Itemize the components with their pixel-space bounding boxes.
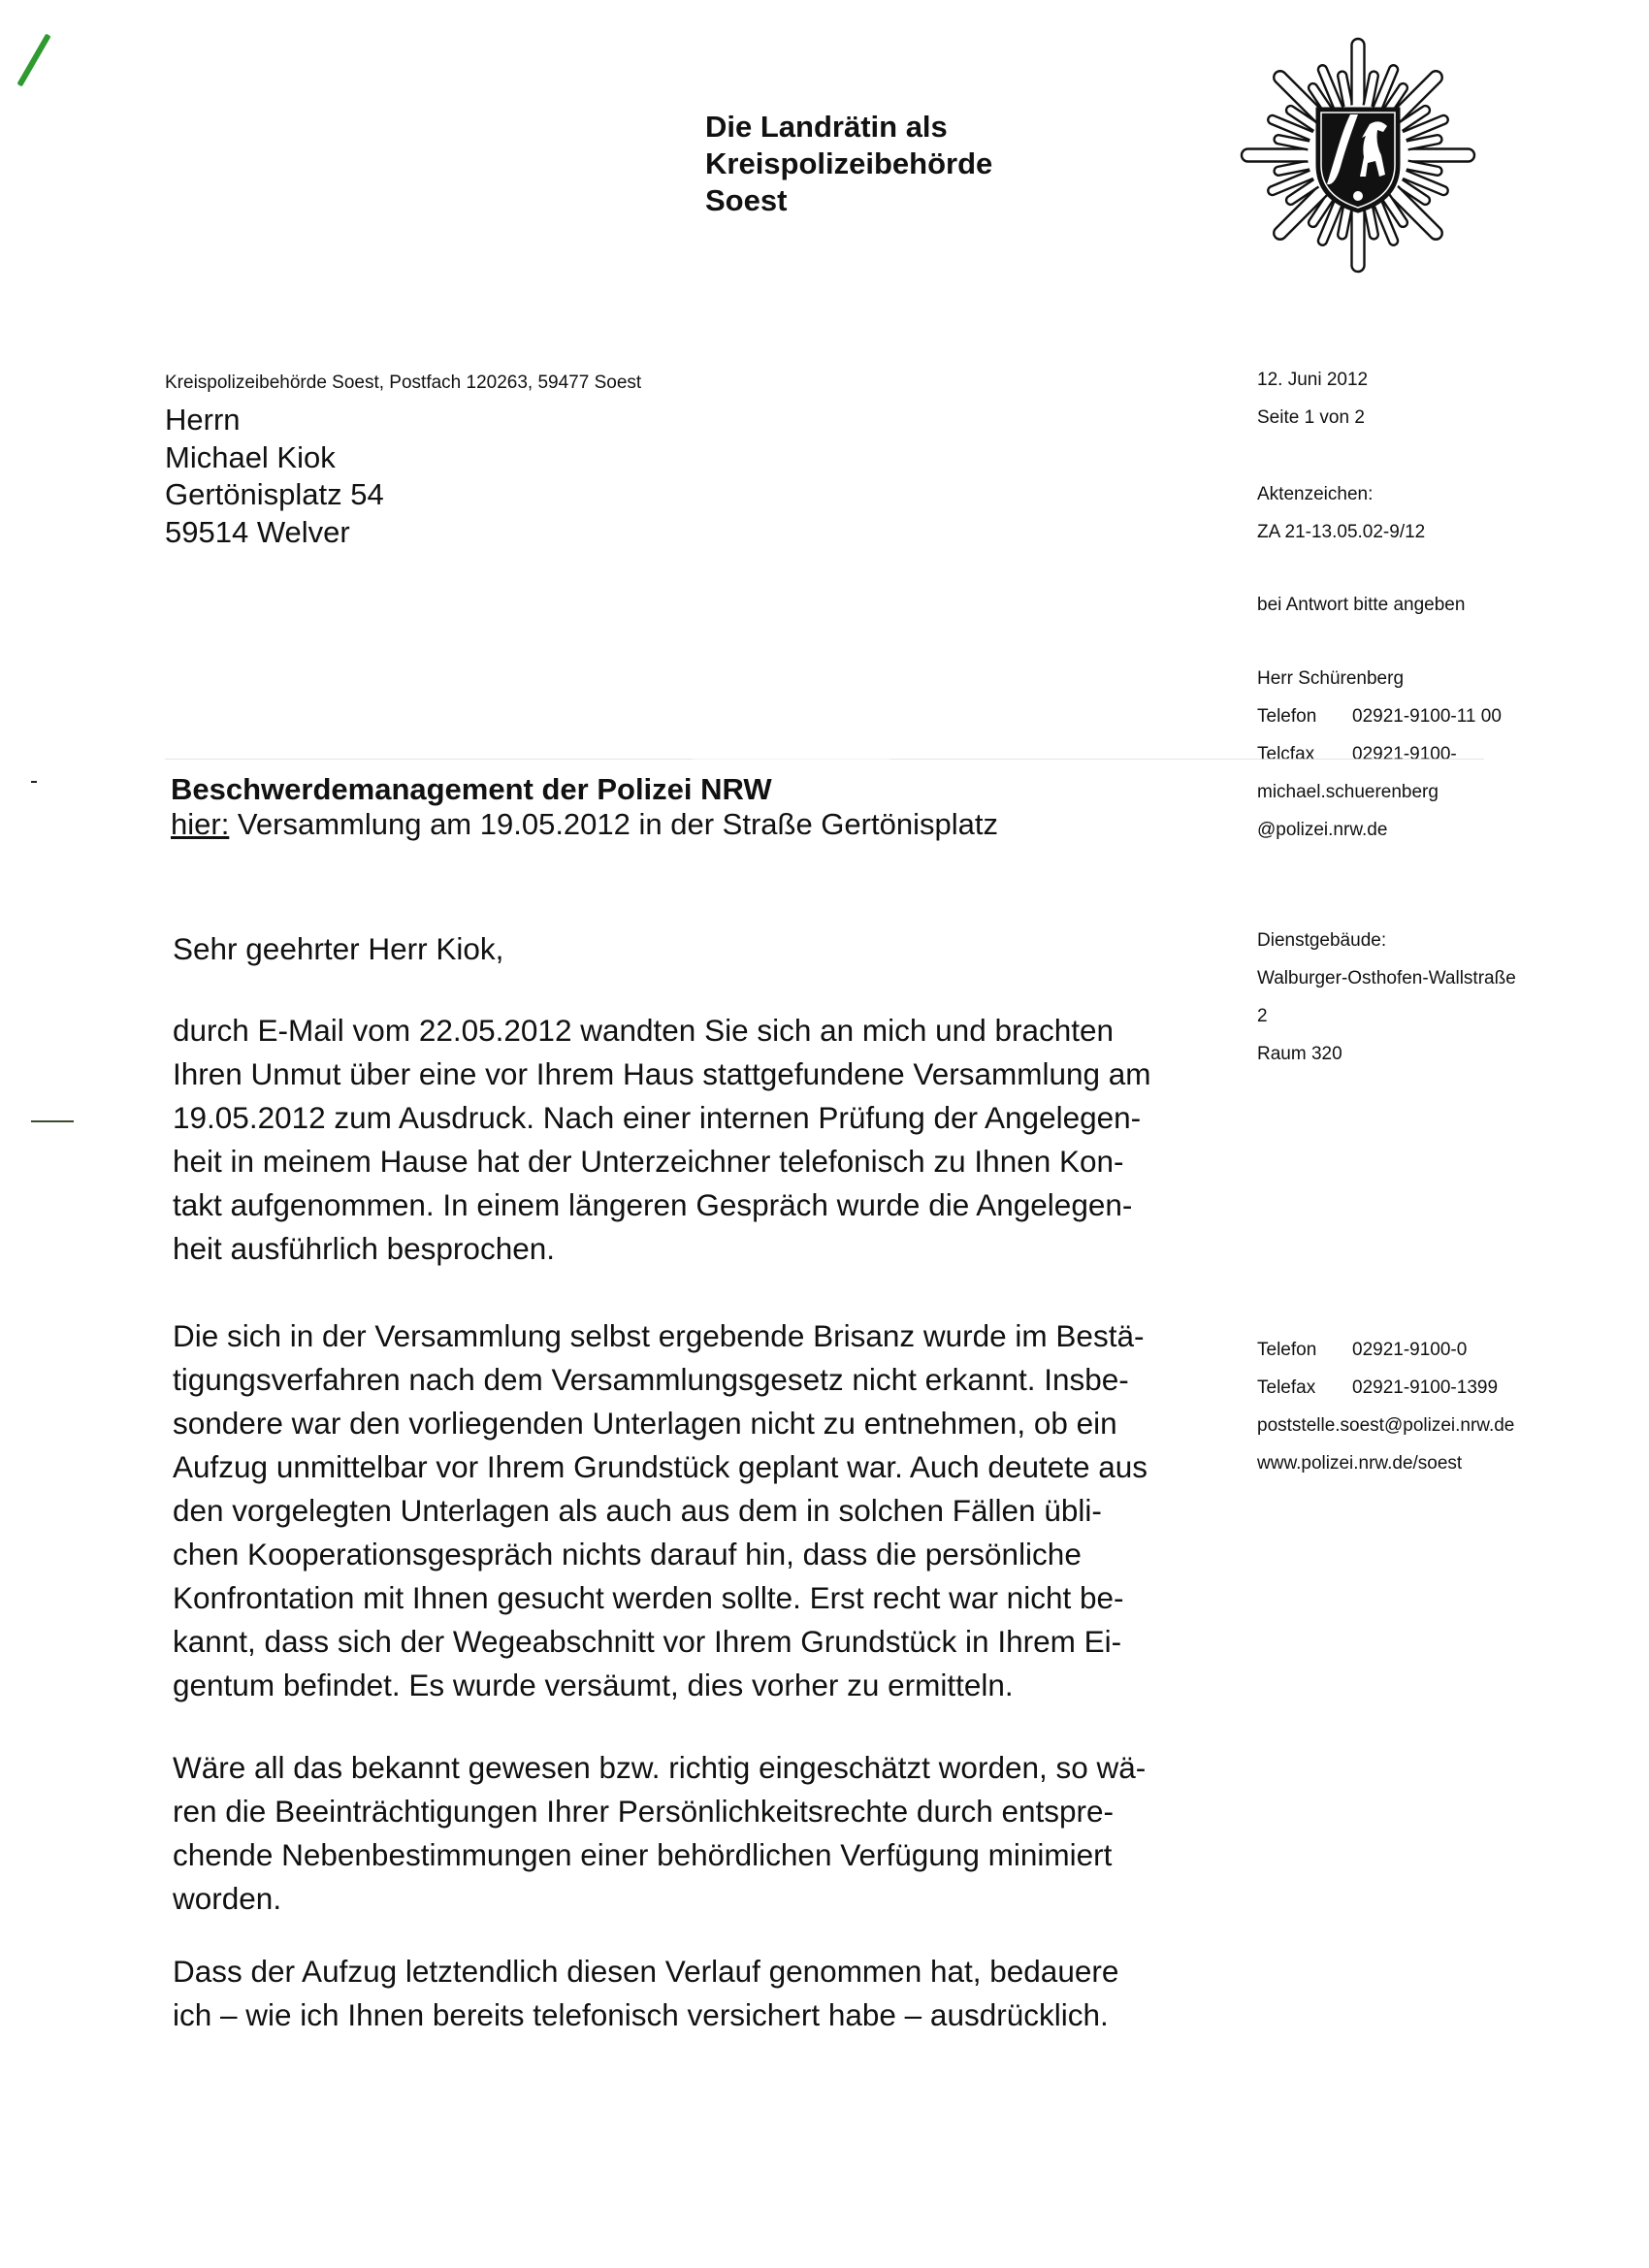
contact-email-part1: michael.schuerenberg [1257, 773, 1502, 811]
body-line: kannt, dass sich der Wegeabschnitt vor I… [173, 1620, 1148, 1664]
building-block: Dienstgebäude: Walburger-Osthofen-Wallst… [1257, 922, 1516, 1073]
general-email: poststelle.soest@polizei.nrw.de [1257, 1407, 1514, 1444]
letter-date: 12. Juni 2012 [1257, 361, 1368, 399]
body-line: Aufzug unmittelbar vor Ihrem Grundstück … [173, 1445, 1148, 1489]
subject-hier-label: hier: [171, 807, 229, 841]
contact-person-block: Herr Schürenberg Telefon02921-9100-11 00… [1257, 660, 1502, 849]
body-line: heit in meinem Hause hat der Unterzeichn… [173, 1140, 1151, 1183]
body-line: ren die Beeinträchtigungen Ihrer Persönl… [173, 1790, 1146, 1833]
recipient-line: Michael Kiok [165, 439, 384, 477]
general-fax-label: Telefax [1257, 1369, 1352, 1407]
body-line: Dass der Aufzug letztendlich diesen Verl… [173, 1950, 1118, 1993]
authority-header: Die Landrätin als Kreispolizeibehörde So… [705, 109, 992, 219]
body-line: worden. [173, 1877, 1146, 1921]
file-ref-label: Aktenzeichen: [1257, 475, 1425, 513]
body-paragraph: Dass der Aufzug letztendlich diesen Verl… [173, 1950, 1118, 2037]
body-line: tigungsverfahren nach dem Versammlungsge… [173, 1358, 1148, 1402]
authority-line: Soest [705, 182, 992, 219]
margin-mark [31, 781, 37, 783]
contact-fax-label: Telcfax [1257, 735, 1352, 773]
authority-line: Kreispolizeibehörde [705, 146, 992, 182]
margin-mark [31, 1120, 74, 1122]
building-street: Walburger-Osthofen-Wallstraße [1257, 959, 1516, 997]
file-reference: Aktenzeichen: ZA 21-13.05.02-9/12 [1257, 475, 1425, 551]
contact-person: Herr Schürenberg [1257, 660, 1502, 697]
recipient-line: Gertönisplatz 54 [165, 476, 384, 514]
website: www.polizei.nrw.de/soest [1257, 1444, 1514, 1482]
recipient-line: Herrn [165, 402, 384, 439]
general-contact-block: Telefon02921-9100-0 Telefax02921-9100-13… [1257, 1331, 1514, 1482]
building-number: 2 [1257, 997, 1516, 1035]
authority-line: Die Landrätin als [705, 109, 992, 146]
file-ref-value: ZA 21-13.05.02-9/12 [1257, 513, 1425, 551]
green-pen-mark [16, 34, 50, 87]
general-fax: 02921-9100-1399 [1352, 1377, 1498, 1398]
reply-note-text: bei Antwort bitte angeben [1257, 586, 1465, 624]
info-sidebar-top: 12. Juni 2012 Seite 1 von 2 [1257, 361, 1368, 437]
body-line: 19.05.2012 zum Ausdruck. Nach einer inte… [173, 1096, 1151, 1140]
recipient-address: Herrn Michael Kiok Gertönisplatz 54 5951… [165, 402, 384, 551]
body-line: Die sich in der Versammlung selbst ergeb… [173, 1314, 1148, 1358]
body-line: den vorgelegten Unterlagen als auch aus … [173, 1489, 1148, 1533]
sender-return-address: Kreispolizeibehörde Soest, Postfach 1202… [165, 373, 641, 394]
body-paragraph: durch E-Mail vom 22.05.2012 wandten Sie … [173, 1009, 1151, 1271]
body-paragraph: Die sich in der Versammlung selbst ergeb… [173, 1314, 1148, 1707]
body-line: takt aufgenommen. In einem längeren Gesp… [173, 1183, 1151, 1227]
subject-block: Beschwerdemanagement der Polizei NRW hie… [171, 772, 998, 842]
page-number: Seite 1 von 2 [1257, 399, 1368, 437]
body-line: Ihren Unmut über eine vor Ihrem Haus sta… [173, 1053, 1151, 1096]
contact-fax: 02921-9100- [1352, 744, 1457, 764]
body-line: chende Nebenbestimmungen einer behördlic… [173, 1833, 1146, 1877]
body-line: durch E-Mail vom 22.05.2012 wandten Sie … [173, 1009, 1151, 1053]
fold-line [165, 759, 1484, 760]
body-line: gentum befindet. Es wurde versäumt, dies… [173, 1664, 1148, 1707]
body-line: Wäre all das bekannt gewesen bzw. richti… [173, 1746, 1146, 1790]
nrw-police-star-icon [1232, 29, 1484, 281]
body-line: Konfrontation mit Ihnen gesucht werden s… [173, 1576, 1148, 1620]
recipient-line: 59514 Welver [165, 514, 384, 552]
salutation: Sehr geehrter Herr Kiok, [173, 927, 503, 971]
subject-text: Versammlung am 19.05.2012 in der Straße … [229, 807, 998, 841]
body-line: heit ausführlich besprochen. [173, 1227, 1151, 1271]
body-line: ich – wie ich Ihnen bereits telefonisch … [173, 1993, 1118, 2037]
contact-email-part2: @polizei.nrw.de [1257, 811, 1502, 849]
building-label: Dienstgebäude: [1257, 922, 1516, 959]
building-room: Raum 320 [1257, 1035, 1516, 1073]
contact-phone: 02921-9100-11 00 [1352, 706, 1502, 727]
body-line: chen Kooperationsgespräch nichts darauf … [173, 1533, 1148, 1576]
subject-title: Beschwerdemanagement der Polizei NRW [171, 772, 998, 807]
general-phone: 02921-9100-0 [1352, 1340, 1467, 1360]
body-line: sondere war den vorliegenden Unterlagen … [173, 1402, 1148, 1445]
contact-phone-label: Telefon [1257, 697, 1352, 735]
general-phone-label: Telefon [1257, 1331, 1352, 1369]
reply-note: bei Antwort bitte angeben [1257, 586, 1465, 624]
body-paragraph: Wäre all das bekannt gewesen bzw. richti… [173, 1746, 1146, 1921]
